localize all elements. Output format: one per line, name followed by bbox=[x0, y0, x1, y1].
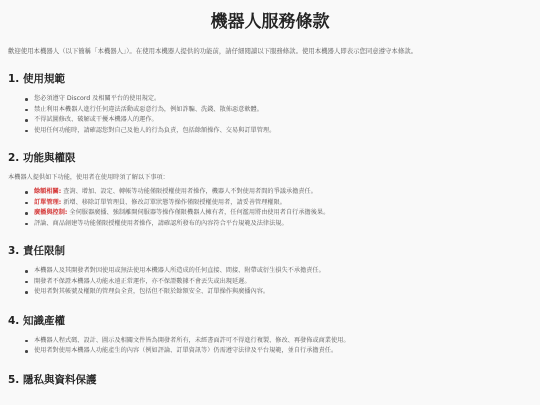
item-text: 評論、商品創建等功能僅限授權使用者操作，請確認所發布的內容符合平台規範及法律法規… bbox=[34, 220, 288, 227]
list-item: 禁止利用本機器人進行任何違法活動或惡意行為，例如詐騙、洗錢、散佈惡意軟體。 bbox=[34, 105, 532, 116]
section-heading: 4. 知識產權 bbox=[8, 314, 532, 328]
item-text: 全伺服器廣播、強制離開伺服器等操作僅限機器人擁有者，任何濫用將由使用者自行承擔後… bbox=[67, 209, 329, 216]
list-item: 使用任何功能時，請確認您對自己及他人的行為負責，包括餘額操作、交易與訂單管理。 bbox=[34, 126, 532, 137]
intro-paragraph: 歡迎使用本機器人（以下簡稱「本機器人」）。在使用本機器人提供的功能前，請仔細閱讀… bbox=[8, 46, 532, 56]
list-item: 本機器人程式碼、設計、圖示及相關文件皆為開發者所有，未經書面許可不得進行複製、修… bbox=[34, 336, 532, 347]
list-item: 廣播與控制: 全伺服器廣播、強制離開伺服器等操作僅限機器人擁有者，任何濫用將由使… bbox=[34, 208, 532, 219]
list-item: 您必須遵守 Discord 及相關平台的使用規定。 bbox=[34, 94, 532, 105]
section-intellectual-property: 4. 知識產權 本機器人程式碼、設計、圖示及相關文件皆為開發者所有，未經書面許可… bbox=[8, 314, 532, 357]
usage-rules-list: 您必須遵守 Discord 及相關平台的使用規定。 禁止利用本機器人進行任何違法… bbox=[8, 94, 532, 136]
section-lead-text: 本機器人提供如下功能，使用者在使用時須了解以下事項： bbox=[8, 173, 532, 183]
section-privacy: 5. 隱私與資料保護 bbox=[8, 373, 532, 387]
item-text: 查詢、增加、設定、轉帳等功能僅限授權使用者操作，機器人不對使用者間的爭議承擔責任… bbox=[61, 188, 317, 195]
list-item: 不得試圖修改、破解或干擾本機器人的運作。 bbox=[34, 115, 532, 126]
list-item: 訂單管理: 新增、移除訂單管理員、修改訂單狀態等操作僅限授權使用者，請妥善管理權… bbox=[34, 198, 532, 209]
item-label: 訂單管理: bbox=[34, 199, 61, 206]
section-usage-rules: 1. 使用規範 您必須遵守 Discord 及相關平台的使用規定。 禁止利用本機… bbox=[8, 72, 532, 136]
section-heading: 1. 使用規範 bbox=[8, 72, 532, 86]
list-item: 開發者不保證本機器人功能永遠正常運作，亦不保證數據不會丟失或出現延遲。 bbox=[34, 277, 532, 288]
section-liability: 3. 責任限制 本機器人及其開發者對因使用或無法使用本機器人所造成的任何直接、間… bbox=[8, 244, 532, 298]
list-item: 評論、商品創建等功能僅限授權使用者操作，請確認所發布的內容符合平台規範及法律法規… bbox=[34, 219, 532, 230]
features-list: 餘額相關: 查詢、增加、設定、轉帳等功能僅限授權使用者操作，機器人不對使用者間的… bbox=[8, 187, 532, 229]
list-item: 餘額相關: 查詢、增加、設定、轉帳等功能僅限授權使用者操作，機器人不對使用者間的… bbox=[34, 187, 532, 198]
item-label: 餘額相關: bbox=[34, 188, 61, 195]
section-heading: 3. 責任限制 bbox=[8, 244, 532, 258]
item-text: 新增、移除訂單管理員、修改訂單狀態等操作僅限授權使用者，請妥善管理權限。 bbox=[61, 199, 286, 206]
section-features-permissions: 2. 功能與權限 本機器人提供如下功能，使用者在使用時須了解以下事項： 餘額相關… bbox=[8, 151, 532, 229]
page-title: 機器人服務條款 bbox=[8, 0, 532, 40]
terms-page: 機器人服務條款 歡迎使用本機器人（以下簡稱「本機器人」）。在使用本機器人提供的功… bbox=[0, 0, 540, 387]
item-label: 廣播與控制: bbox=[34, 209, 67, 216]
list-item: 使用者對使用本機器人功能產生的內容（例如評論、訂單資訊等）仍需遵守法律及平台規範… bbox=[34, 346, 532, 357]
ip-list: 本機器人程式碼、設計、圖示及相關文件皆為開發者所有，未經書面許可不得進行複製、修… bbox=[8, 336, 532, 357]
liability-list: 本機器人及其開發者對因使用或無法使用本機器人所造成的任何直接、間接、附帶或衍生損… bbox=[8, 266, 532, 298]
section-heading: 2. 功能與權限 bbox=[8, 151, 532, 165]
list-item: 本機器人及其開發者對因使用或無法使用本機器人所造成的任何直接、間接、附帶或衍生損… bbox=[34, 266, 532, 277]
section-heading: 5. 隱私與資料保護 bbox=[8, 373, 532, 387]
list-item: 使用者對其帳號及權限的管理負全責，包括但不限於餘額安全、訂單操作與廣播內容。 bbox=[34, 287, 532, 298]
